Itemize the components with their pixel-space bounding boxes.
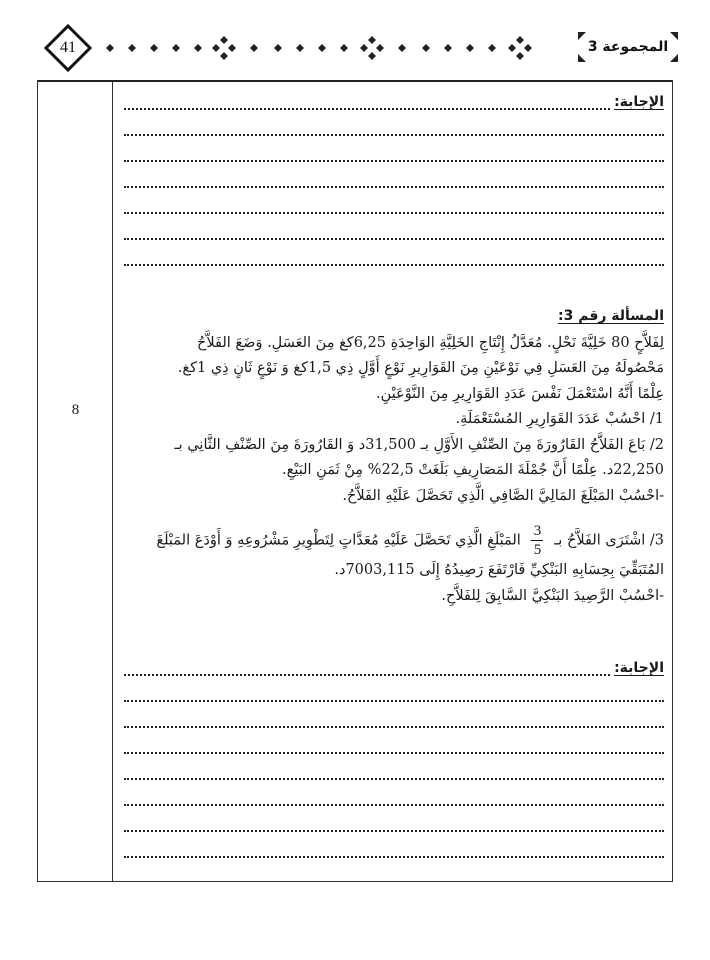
question-3-line: 3/ اشْتَرَى الفَلاَّحُ بـ 3 5 المَبْلَغِ… [124,523,664,558]
dotted-line[interactable] [124,240,664,266]
dotted-line[interactable] [124,94,610,110]
answer-first-row[interactable]: الإجابة: [124,654,664,676]
mark-value: 8 [38,402,113,419]
fraction-denominator: 5 [531,542,543,558]
group-title-text: المجموعة 3 [588,39,668,55]
dotted-line[interactable] [124,780,664,806]
answer-label: الإجابة: [614,660,664,676]
question-2-task: -احْسُبْ المَبْلَغَ المَالِيَّ الصَّافِي… [124,484,664,510]
answer-area-previous[interactable]: الإجابة: [124,88,664,266]
dotted-line[interactable] [124,806,664,832]
answer-label: الإجابة: [614,94,664,110]
corner-bracket-icon [578,54,586,62]
page-number-badge: 41 [44,24,92,72]
dotted-line[interactable] [124,162,664,188]
problem-3: المسألة رقم 3: لِفَلاَّحٍ 80 خَلِيَّةَ ن… [124,304,664,609]
problem-title: المسألة رقم 3: [558,304,664,330]
answer-area-problem-3[interactable]: الإجابة: [124,654,664,858]
problem-intro-line: مَحْصُولَهُ مِنَ العَسَلِ فِي نَوْعَيْنِ… [124,356,664,382]
dotted-line[interactable] [124,188,664,214]
question-2-line: 22,250د. عِلْمًا أَنَّ جُمْلَةَ المَصَار… [124,458,664,484]
dotted-line[interactable] [124,754,664,780]
corner-bracket-icon [670,32,678,40]
dotted-line[interactable] [124,676,664,702]
group-title: المجموعة 3 [578,32,678,62]
question-3-task: -احْسُبْ الرَّصِيدَ البَنْكِيَّ السَّابِ… [124,584,664,610]
fraction-bar [531,540,543,541]
problem-intro-line: لِفَلاَّحٍ 80 خَلِيَّةَ نَحْلٍ. مُعَدَّل… [124,331,664,357]
fraction-numerator: 3 [531,523,543,539]
dotted-line[interactable] [124,136,664,162]
problem-intro-line: عِلْمًا أَنَّهُ اسْتَعْمَلَ نَفْسَ عَدَد… [124,382,664,408]
dotted-line[interactable] [124,214,664,240]
answer-first-row[interactable]: الإجابة: [124,88,664,110]
page-number: 41 [44,24,92,72]
dotted-line[interactable] [124,702,664,728]
dotted-line[interactable] [124,660,610,676]
question-3-rest: المَبْلَغِ الَّذِي تَحَصَّلَ عَلَيْهِ مُ… [156,533,520,549]
dotted-line[interactable] [124,110,664,136]
exercise-sheet: 8 الإجابة: المسألة رقم 3: لِفَلاَّحٍ 80 … [37,80,673,882]
corner-bracket-icon [578,32,586,40]
diamond-ornament-icon [100,34,540,62]
marks-column: 8 [38,82,113,881]
fraction: 3 5 [531,523,543,558]
question-2-line: 2/ بَاعَ الفَلاَّحُ القَارُورَةَ مِنَ ال… [124,433,664,459]
question-1: 1/ احْسُبْ عَدَدَ القَوَارِيرِ المُسْتَع… [124,407,664,433]
content-column: الإجابة: المسألة رقم 3: لِفَلاَّحٍ 80 خَ… [114,82,672,881]
dotted-line[interactable] [124,832,664,858]
question-3-line: المُتَبَقِّيَ بِحِسَابِهِ البَنْكِيِّ فَ… [124,558,664,584]
page-header: 41 [30,20,690,80]
dotted-line[interactable] [124,728,664,754]
question-3-prefix: 3/ اشْتَرَى الفَلاَّحُ بـ [554,533,664,549]
corner-bracket-icon [670,54,678,62]
